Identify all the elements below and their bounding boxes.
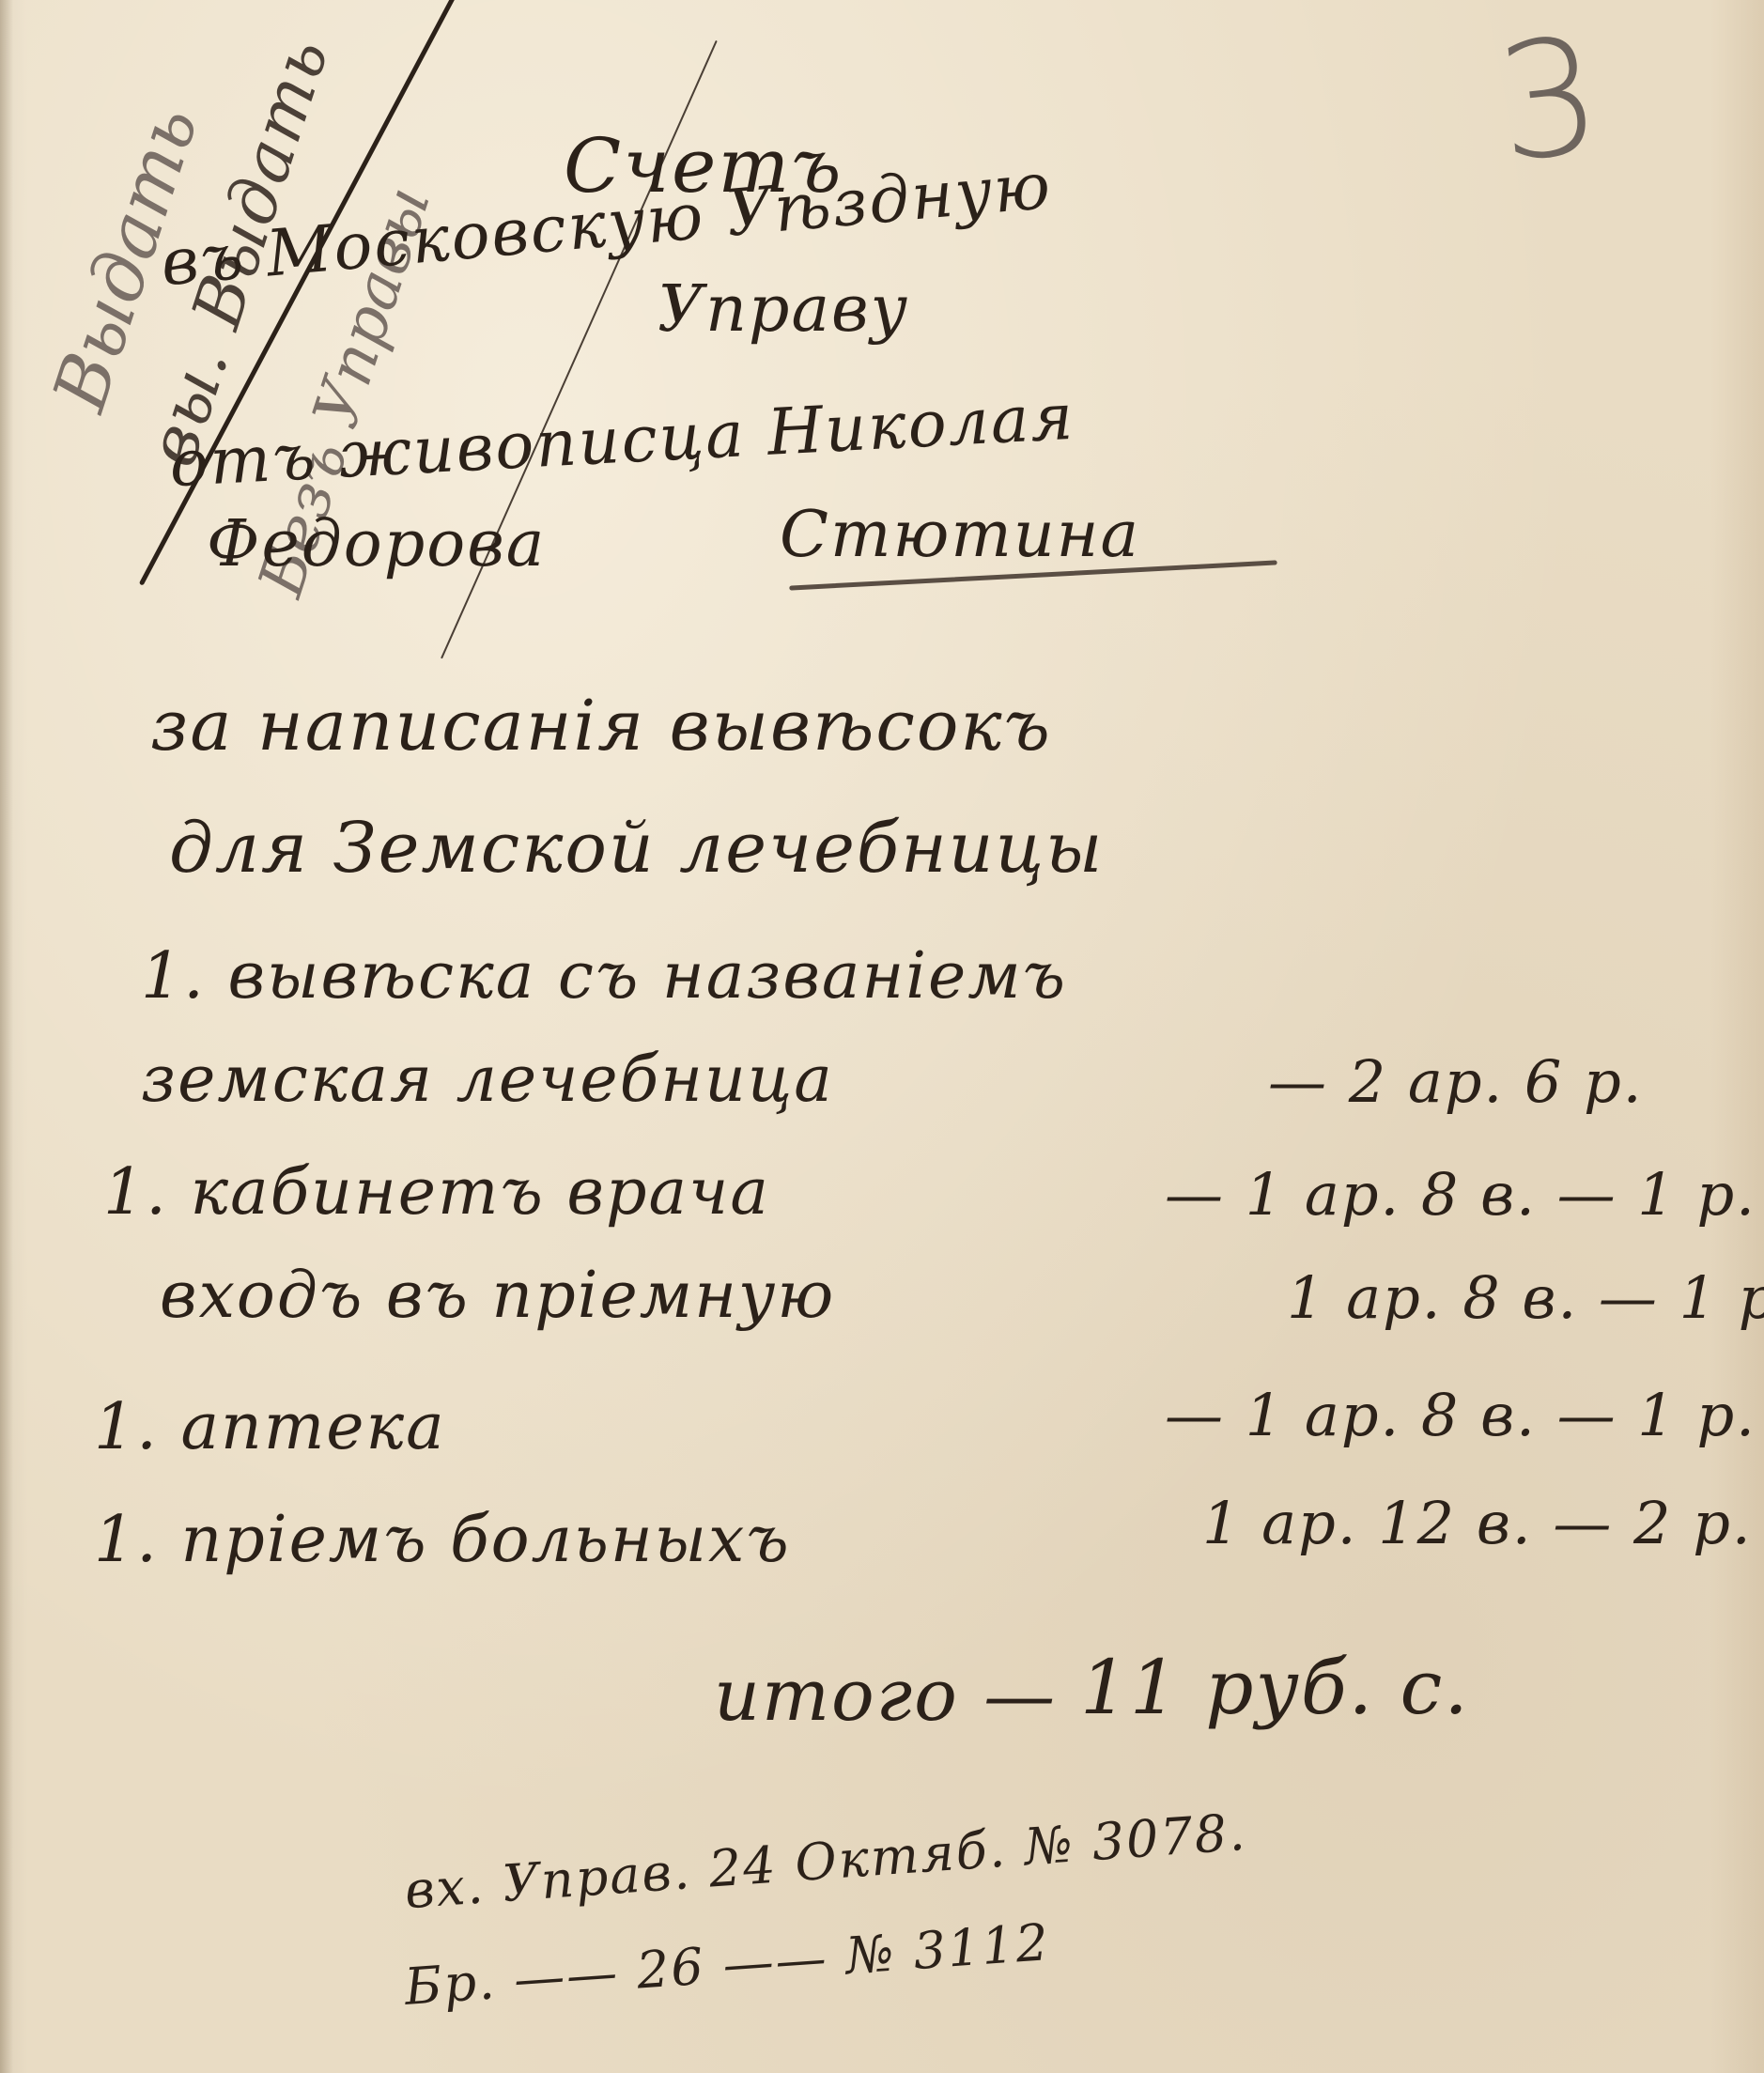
from-line-2: Федорова [207,507,546,581]
total-value: 11 руб. с. [1080,1644,1470,1731]
registration-line-1: вх. Управ. 24 Октяб. № 3078. [403,1802,1248,1920]
item-amount-5: — 1 ар. 8 в. — 1 р. [1165,1381,1756,1449]
item-row-6: 1. пріемъ больныхъ [94,1503,791,1577]
item-row-1: 1. вывѣска съ названіемъ [141,939,1067,1013]
item-amount-4: 1 ар. 8 в. — 1 р. [1287,1263,1764,1332]
subject-line-1: за написанія вывѣсокъ [150,686,1052,766]
item-row-2: земская лечебница [141,1043,834,1117]
subject-line-2: для Земской лечебницы [169,808,1104,889]
item-row-4: входъ въ пріемную [160,1259,835,1333]
item-amount-6: 1 ар. 12 в. — 2 р. [1202,1489,1753,1557]
item-row-3: 1. кабинетъ врача [103,1155,770,1230]
item-amount-3: — 1 ар. 8 в. — 1 р. [1165,1160,1756,1229]
addressee-line-2: Управу [658,272,909,347]
item-row-5: 1. аптека [94,1390,446,1464]
from-surname: Стютина [780,498,1140,572]
page-binding-edge [0,0,13,2073]
page-number: 3 [1489,3,1609,198]
total-label: итого — [714,1653,1057,1737]
item-amount-2: — 2 ар. 6 р. [1268,1047,1643,1116]
registration-line-2: Бр. —— 26 —— № 3112 [403,1912,1052,2017]
